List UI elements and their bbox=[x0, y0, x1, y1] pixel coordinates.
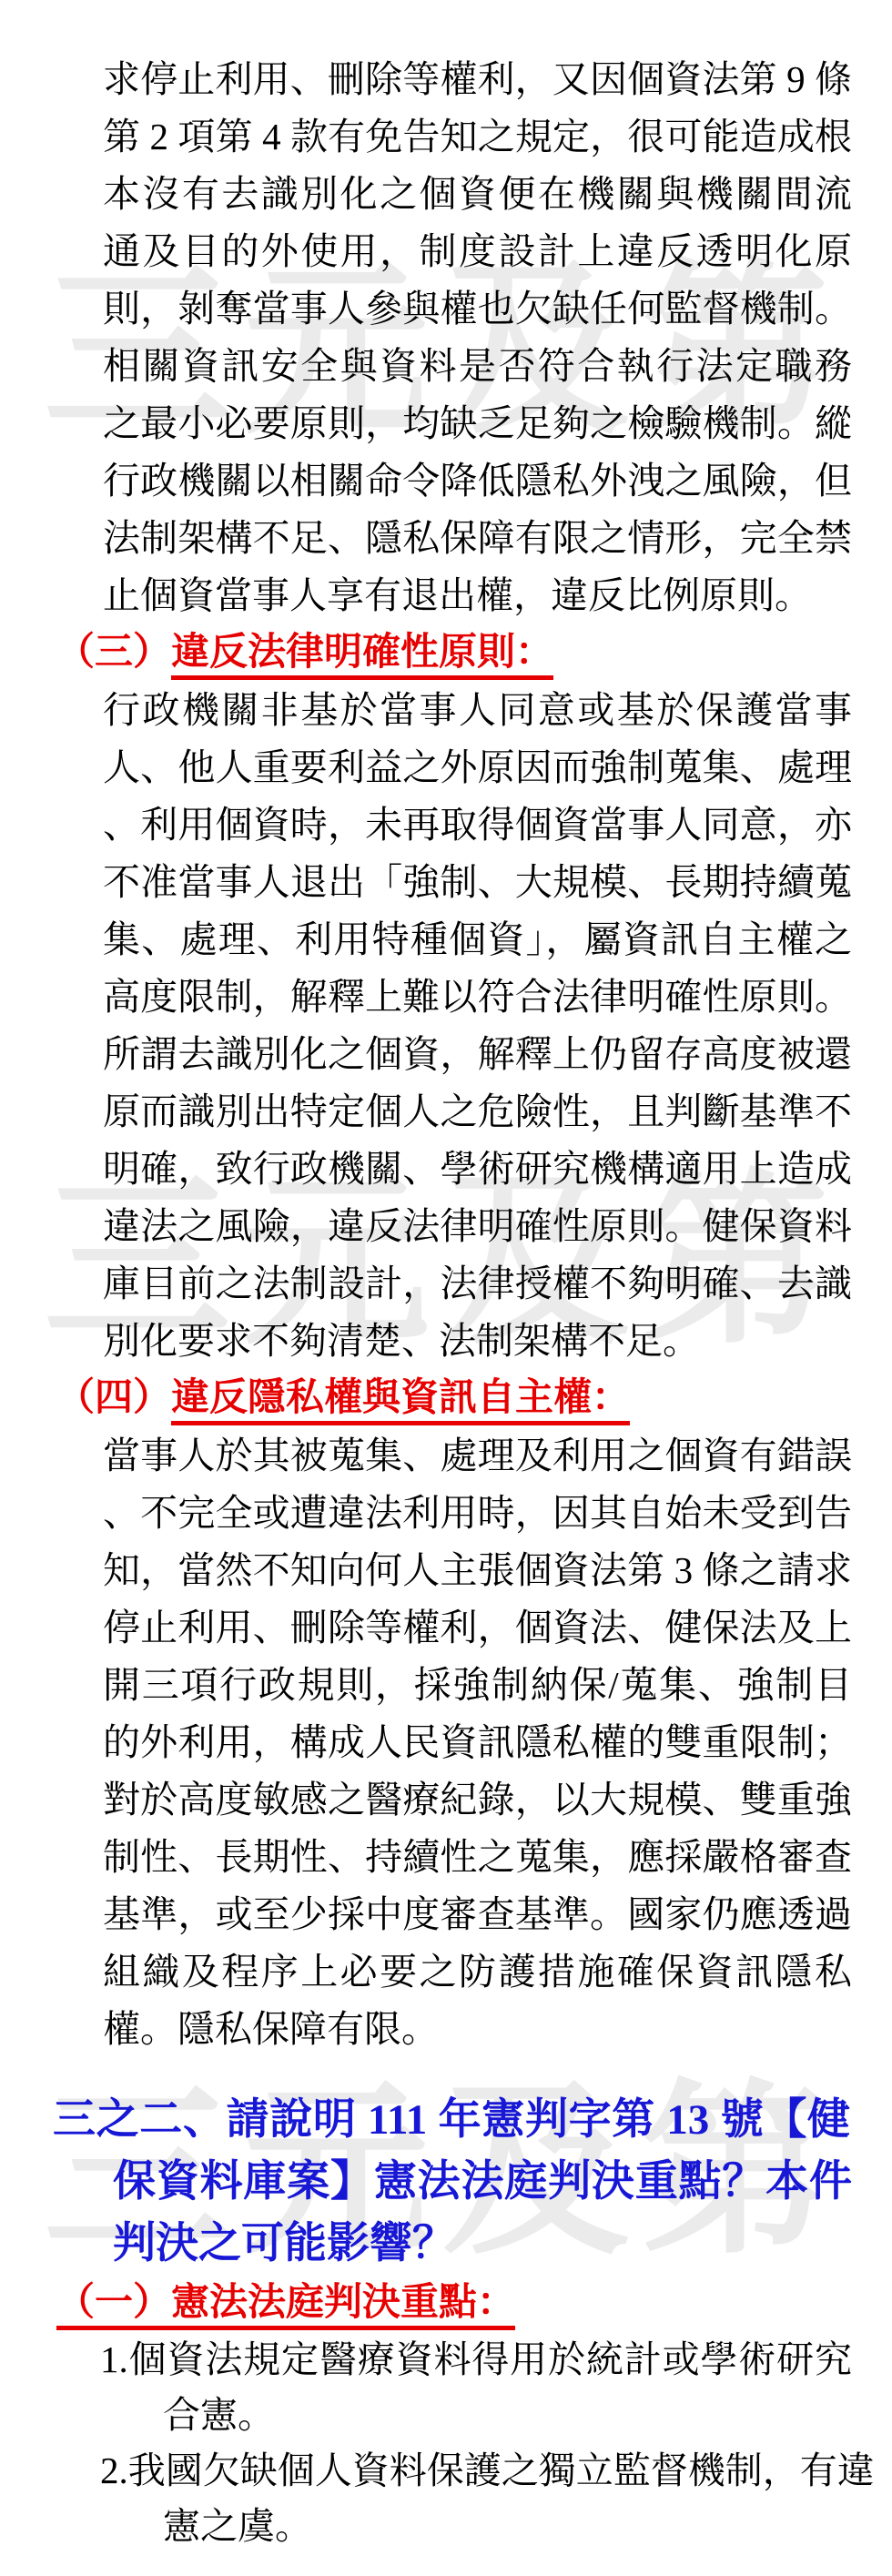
body-text-line: 則，剝奪當事人參與權也欠缺任何監督機制。 bbox=[0, 280, 892, 338]
body-text-line: 、利用個資時，未再取得個資當事人同意，亦 bbox=[0, 796, 892, 854]
body-text-line: 開三項行政規則，採強制納保/蒐集、強制目 bbox=[0, 1657, 892, 1714]
body-text-line: 基準，或至少採中度審查基準。國家仍應透過 bbox=[0, 1886, 892, 1943]
heading-title: 憲法法庭判決重點： bbox=[171, 2282, 515, 2324]
body-text-line: 庫目前之法制設計，法律授權不夠明確、去識 bbox=[0, 1255, 892, 1313]
body-text-line: 的外利用，構成人民資訊隱私權的雙重限制； bbox=[0, 1714, 892, 1771]
body-text-line: 制性、長期性、持續性之蒐集，應採嚴格審查 bbox=[0, 1829, 892, 1886]
blue-question-heading-line: 保資料庫案】憲法法庭判決重點？本件 bbox=[0, 2151, 892, 2213]
heading-title: 違反隱私權與資訊自主權： bbox=[171, 1377, 630, 1425]
heading-number: （四） bbox=[56, 1377, 171, 1419]
list-item-continuation-line: 合憲。 bbox=[0, 2388, 892, 2443]
body-text-line: 、不完全或遭違法利用時，因其自始未受到告 bbox=[0, 1485, 892, 1542]
body-text-line: 法制架構不足、隱私保障有限之情形，完全禁 bbox=[0, 510, 892, 567]
body-text-line: 之最小必要原則，均缺乏足夠之檢驗機制。縱 bbox=[0, 395, 892, 452]
body-text-line: 停止利用、刪除等權利，個資法、健保法及上 bbox=[0, 1599, 892, 1657]
heading-underline-group: （一）憲法法庭判決重點： bbox=[56, 2282, 515, 2330]
heading-title: 違反法律明確性原則： bbox=[171, 632, 553, 680]
body-text-line: 行政機關以相關命令降低隱私外洩之風險，但 bbox=[0, 452, 892, 510]
body-text-line: 集、處理、利用特種個資」，屬資訊自主權之 bbox=[0, 911, 892, 969]
body-text-line: 別化要求不夠清楚、法制架構不足。 bbox=[0, 1313, 892, 1370]
body-text-line: 行政機關非基於當事人同意或基於保護當事 bbox=[0, 682, 892, 739]
body-text-line: 止個資當事人享有退出權，違反比例原則。 bbox=[0, 567, 892, 624]
body-text-line: 本沒有去識別化之個資便在機關與機關間流 bbox=[0, 166, 892, 223]
list-item-continuation-line: 憲之虞。 bbox=[0, 2499, 892, 2554]
body-text-line: 權。隱私保障有限。 bbox=[0, 2001, 892, 2058]
document-content: 求停止利用、刪除等權利，又因個資法第 9 條第 2 項第 4 款有免告知之規定，… bbox=[0, 0, 892, 2554]
body-text-line: 對於高度敏感之醫療紀錄，以大規模、雙重強 bbox=[0, 1771, 892, 1829]
red-section-heading: （三）違反法律明確性原則： bbox=[0, 624, 892, 682]
blue-question-heading-line: 三之二、請說明 111 年憲判字第 13 號【健 bbox=[0, 2089, 892, 2151]
body-text-line: 人、他人重要利益之外原因而強制蒐集、處理 bbox=[0, 739, 892, 796]
body-text-line: 所謂去識別化之個資，解釋上仍留存高度被還 bbox=[0, 1026, 892, 1083]
list-item-line: 2.我國欠缺個人資料保護之獨立監督機制，有違 bbox=[0, 2443, 892, 2499]
body-text-line: 組織及程序上必要之防護措施確保資訊隱私 bbox=[0, 1943, 892, 2001]
body-text-line: 求停止利用、刪除等權利，又因個資法第 9 條 bbox=[0, 51, 892, 108]
list-item-line: 1.個資法規定醫療資料得用於統計或學術研究 bbox=[0, 2332, 892, 2388]
body-text-line: 違法之風險，違反法律明確性原則。健保資料 bbox=[0, 1198, 892, 1255]
red-section-heading: （四）違反隱私權與資訊自主權： bbox=[0, 1370, 892, 1427]
heading-number: （一） bbox=[56, 2282, 171, 2324]
body-text-line: 第 2 項第 4 款有免告知之規定，很可能造成根 bbox=[0, 108, 892, 166]
blue-question-heading-line: 判決之可能影響？ bbox=[0, 2213, 892, 2275]
body-text-line: 相關資訊安全與資料是否符合執行法定職務 bbox=[0, 338, 892, 395]
body-text-line: 不准當事人退出「強制、大規模、長期持續蒐 bbox=[0, 854, 892, 911]
body-text-line: 原而識別出特定個人之危險性，且判斷基準不 bbox=[0, 1083, 892, 1141]
body-text-line: 明確，致行政機關、學術研究機構適用上造成 bbox=[0, 1141, 892, 1198]
body-text-line: 高度限制，解釋上難以符合法律明確性原則。 bbox=[0, 969, 892, 1026]
body-text-line: 知，當然不知向何人主張個資法第 3 條之請求 bbox=[0, 1542, 892, 1599]
document-page: 三元及第三元及第三元及第 求停止利用、刪除等權利，又因個資法第 9 條第 2 項… bbox=[0, 0, 892, 2576]
red-section-heading: （一）憲法法庭判決重點： bbox=[0, 2275, 892, 2332]
body-text-line: 當事人於其被蒐集、處理及利用之個資有錯誤 bbox=[0, 1427, 892, 1485]
heading-number: （三） bbox=[56, 632, 171, 674]
body-text-line: 通及目的外使用，制度設計上違反透明化原 bbox=[0, 223, 892, 280]
